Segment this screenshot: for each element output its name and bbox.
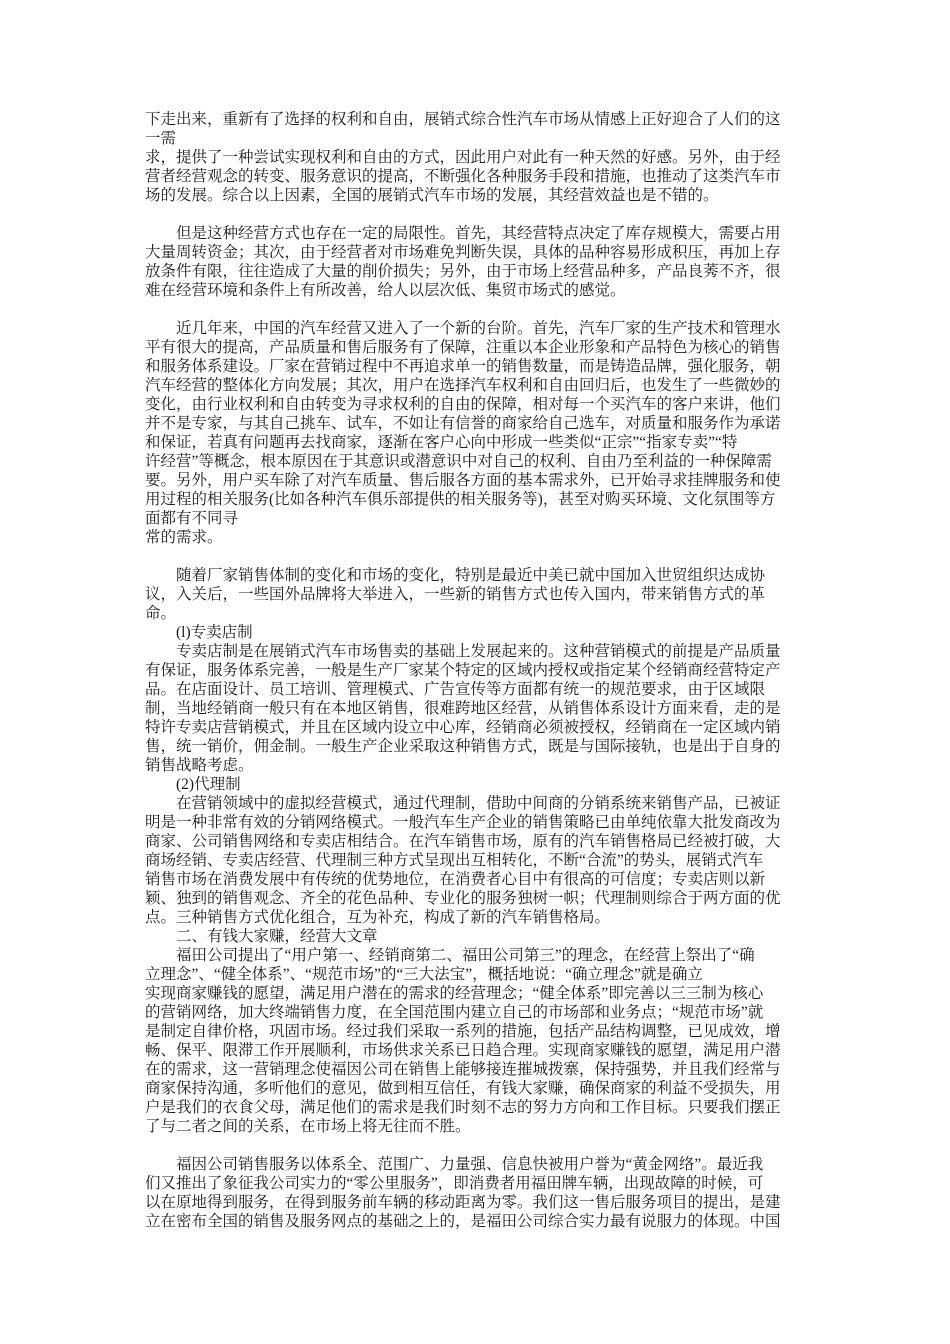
heading-agency: (2)代理制 [145, 775, 815, 794]
para-market-continuation: 下走出来，重新有了选择的权利和自由，展销式综合性汽车市场从情感上正好迎合了人们的… [145, 110, 815, 205]
heading-section-two: 二、有钱大家赚，经营大文章 [145, 927, 815, 946]
para-exclusive-store: 专卖店制是在展销式汽车市场售卖的基础上发展起来的。这种营销模式的前提是产品质量 … [145, 642, 815, 775]
para-limitations: 但是这种经营方式也存在一定的局限性。首先，其经营特点决定了库存规模大，需要占用 … [145, 224, 815, 300]
document-page: 下走出来，重新有了选择的权利和自由，展销式综合性汽车市场从情感上正好迎合了人们的… [0, 0, 950, 1344]
para-golden-network: 福因公司销售服务以体系全、范围广、力量强、信息快被用户誉为“黄金网络”。最近我 … [145, 1155, 815, 1231]
heading-exclusive-store: (l)专卖店制 [145, 623, 815, 642]
para-new-stage: 近几年来，中国的汽车经营又进入了一个新的台阶。首先，汽车厂家的生产技术和管理水 … [145, 319, 815, 547]
para-wto-changes: 随着厂家销售体制的变化和市场的变化，特别是最近中美已就中国加入世贸组织达成协 议… [145, 566, 815, 623]
para-futian-philosophy: 福田公司提出了“用户第一、经销商第二、福田公司第三”的理念，在经营上祭出了“确 … [145, 946, 815, 1136]
para-agency: 在营销领域中的虚拟经营模式，通过代理制，借助中间商的分销系统来销售产品，已被证 … [145, 794, 815, 927]
